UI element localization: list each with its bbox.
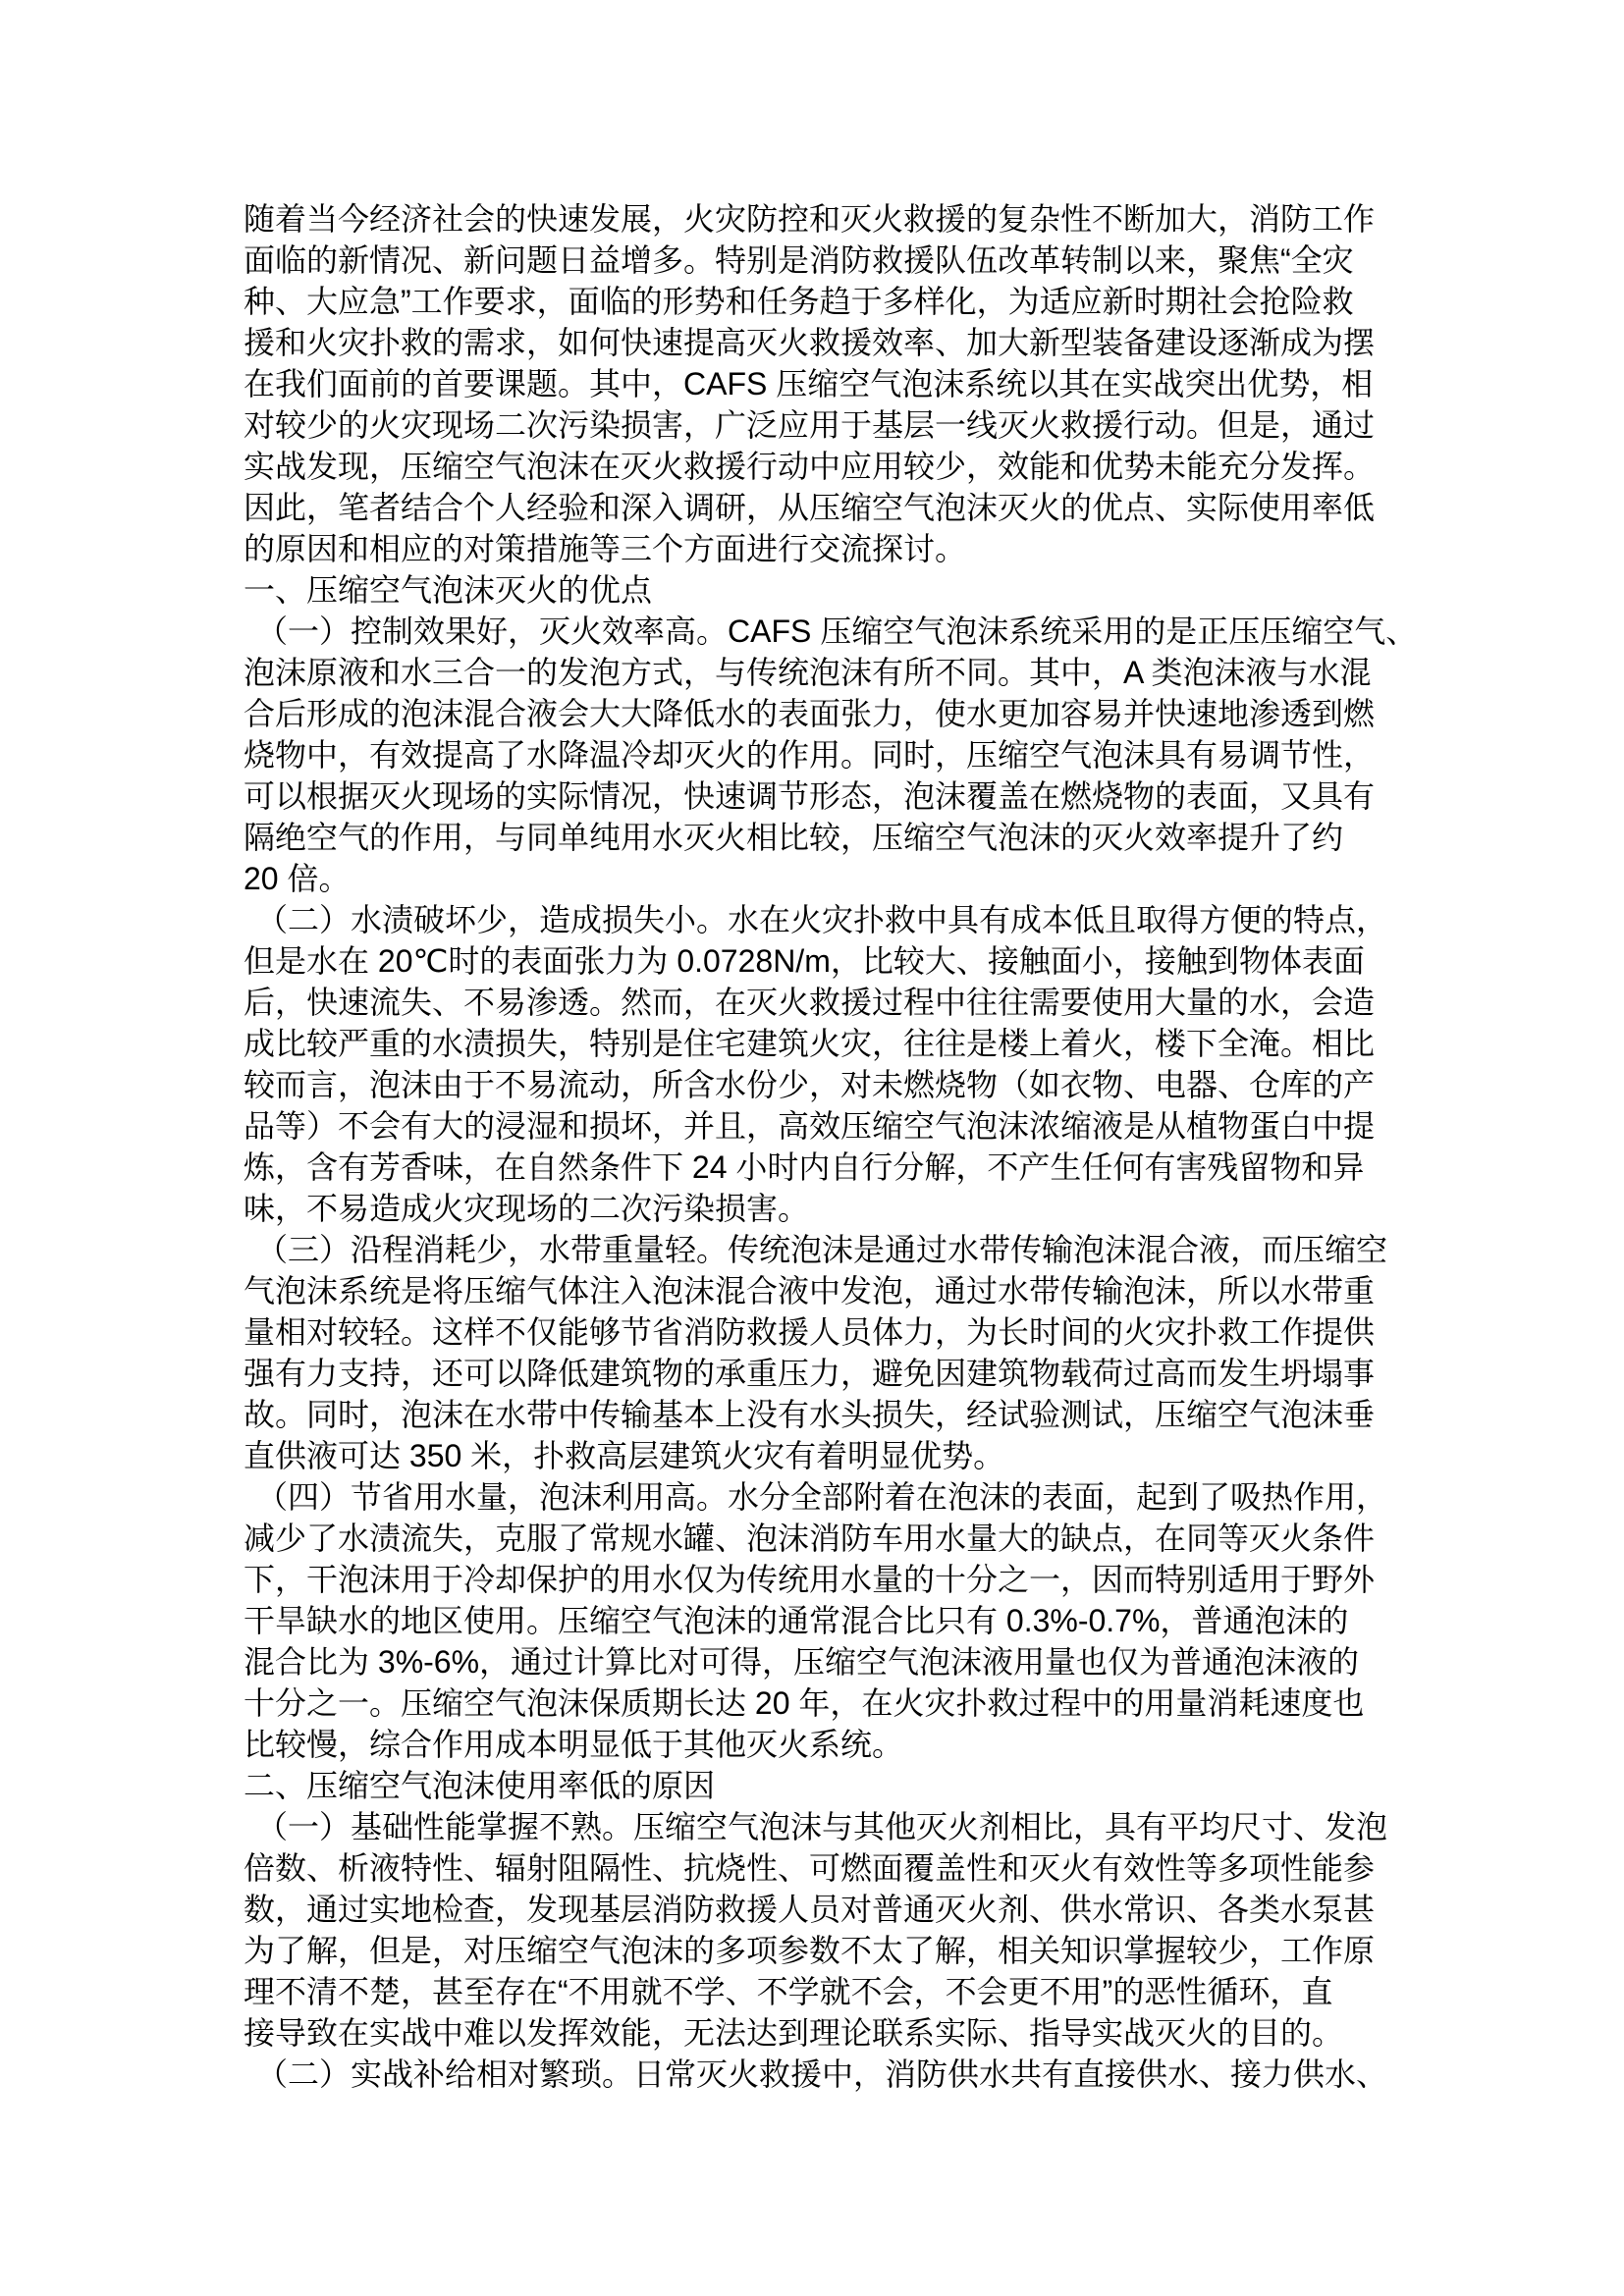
text-line: （四）节省用水量，泡沫利用高。水分全部附着在泡沫的表面，起到了吸热作用， xyxy=(244,1476,1382,1518)
text-line: 援和火灾扑救的需求，如何快速提高灭火救援效率、加大新型装备建设逐渐成为摆 xyxy=(244,322,1382,363)
text-line: 泡沫原液和水三合一的发泡方式，与传统泡沫有所不同。其中，A 类泡沫液与水混 xyxy=(244,652,1382,693)
text-line: 后，快速流失、不易渗透。然而，在灭火救援过程中往往需要使用大量的水，会造 xyxy=(244,982,1382,1023)
text-line: 下，干泡沫用于冷却保护的用水仅为传统用水量的十分之一，因而特别适用于野外 xyxy=(244,1559,1382,1600)
text-line: 倍数、析液特性、辐射阻隔性、抗烧性、可燃面覆盖性和灭火有效性等多项性能参 xyxy=(244,1847,1382,1889)
text-line: （一）基础性能掌握不熟。压缩空气泡沫与其他灭火剂相比，具有平均尺寸、发泡 xyxy=(244,1806,1382,1847)
text-line: 十分之一。压缩空气泡沫保质期长达 20 年，在火灾扑救过程中的用量消耗速度也 xyxy=(244,1682,1382,1724)
text-line: 的原因和相应的对策措施等三个方面进行交流探讨。 xyxy=(244,528,1382,569)
text-line: 但是水在 20℃时的表面张力为 0.0728N/m，比较大、接触面小，接触到物体… xyxy=(244,940,1382,982)
text-line: 可以根据灭火现场的实际情况，快速调节形态，泡沫覆盖在燃烧物的表面，又具有 xyxy=(244,775,1382,817)
text-line: 数，通过实地检查，发现基层消防救援人员对普通灭火剂、供水常识、各类水泵甚 xyxy=(244,1889,1382,1930)
text-line: 故。同时，泡沫在水带中传输基本上没有水头损失，经试验测试，压缩空气泡沫垂 xyxy=(244,1394,1382,1435)
section-heading: 二、压缩空气泡沫使用率低的原因 xyxy=(244,1765,1382,1806)
section-heading: 一、压缩空气泡沫灭火的优点 xyxy=(244,569,1382,611)
text-line: 20 倍。 xyxy=(244,858,1382,899)
text-line: 成比较严重的水渍损失，特别是住宅建筑火灾，往往是楼上着火，楼下全淹。相比 xyxy=(244,1023,1382,1064)
text-line: 炼，含有芳香味，在自然条件下 24 小时内自行分解，不产生任何有害残留物和异 xyxy=(244,1147,1382,1188)
text-line: 种、大应急”工作要求，面临的形势和任务趋于多样化，为适应新时期社会抢险救 xyxy=(244,281,1382,322)
text-line: 为了解，但是，对压缩空气泡沫的多项参数不太了解，相关知识掌握较少，工作原 xyxy=(244,1930,1382,1971)
text-line: 实战发现，压缩空气泡沫在灭火救援行动中应用较少，效能和优势未能充分发挥。 xyxy=(244,446,1382,487)
text-line: 气泡沫系统是将压缩气体注入泡沫混合液中发泡，通过水带传输泡沫，所以水带重 xyxy=(244,1270,1382,1311)
text-line: （一）控制效果好，灭火效率高。CAFS 压缩空气泡沫系统采用的是正压压缩空气、 xyxy=(244,611,1382,652)
text-line: （三）沿程消耗少，水带重量轻。传统泡沫是通过水带传输泡沫混合液，而压缩空 xyxy=(244,1229,1382,1270)
text-line: 品等）不会有大的浸湿和损坏，并且，高效压缩空气泡沫浓缩液是从植物蛋白中提 xyxy=(244,1105,1382,1147)
text-line: 随着当今经济社会的快速发展，火灾防控和灭火救援的复杂性不断加大，消防工作 xyxy=(244,198,1382,240)
text-line: 烧物中，有效提高了水降温冷却灭火的作用。同时，压缩空气泡沫具有易调节性， xyxy=(244,734,1382,775)
text-line: （二）实战补给相对繁琐。日常灭火救援中，消防供水共有直接供水、接力供水、 xyxy=(244,2054,1382,2095)
text-line: 面临的新情况、新问题日益增多。特别是消防救援队伍改革转制以来，聚焦“全灾 xyxy=(244,240,1382,281)
text-line: 减少了水渍流失，克服了常规水罐、泡沫消防车用水量大的缺点，在同等灭火条件 xyxy=(244,1518,1382,1559)
text-line: 味，不易造成火灾现场的二次污染损害。 xyxy=(244,1188,1382,1229)
text-line: 因此，笔者结合个人经验和深入调研，从压缩空气泡沫灭火的优点、实际使用率低 xyxy=(244,487,1382,528)
document-page: 随着当今经济社会的快速发展，火灾防控和灭火救援的复杂性不断加大，消防工作面临的新… xyxy=(0,0,1624,2296)
text-line: 混合比为 3%-6%，通过计算比对可得，压缩空气泡沫液用量也仅为普通泡沫液的 xyxy=(244,1641,1382,1682)
text-line: 对较少的火灾现场二次污染损害，广泛应用于基层一线灭火救援行动。但是，通过 xyxy=(244,404,1382,446)
text-line: 合后形成的泡沫混合液会大大降低水的表面张力，使水更加容易并快速地渗透到燃 xyxy=(244,693,1382,734)
text-line: 较而言，泡沫由于不易流动，所含水份少，对未燃烧物（如衣物、电器、仓库的产 xyxy=(244,1064,1382,1105)
text-line: （二）水渍破坏少，造成损失小。水在火灾扑救中具有成本低且取得方便的特点， xyxy=(244,899,1382,940)
text-line: 量相对较轻。这样不仅能够节省消防救援人员体力，为长时间的火灾扑救工作提供 xyxy=(244,1311,1382,1353)
text-line: 干旱缺水的地区使用。压缩空气泡沫的通常混合比只有 0.3%-0.7%，普通泡沫的 xyxy=(244,1600,1382,1641)
text-line: 接导致在实战中难以发挥效能，无法达到理论联系实际、指导实战灭火的目的。 xyxy=(244,2012,1382,2054)
text-line: 隔绝空气的作用，与同单纯用水灭火相比较，压缩空气泡沫的灭火效率提升了约 xyxy=(244,817,1382,858)
text-line: 比较慢，综合作用成本明显低于其他灭火系统。 xyxy=(244,1724,1382,1765)
text-block: 随着当今经济社会的快速发展，火灾防控和灭火救援的复杂性不断加大，消防工作面临的新… xyxy=(244,198,1382,2095)
text-line: 直供液可达 350 米，扑救高层建筑火灾有着明显优势。 xyxy=(244,1435,1382,1476)
text-line: 强有力支持，还可以降低建筑物的承重压力，避免因建筑物载荷过高而发生坍塌事 xyxy=(244,1353,1382,1394)
text-line: 理不清不楚，甚至存在“不用就不学、不学就不会，不会更不用”的恶性循环，直 xyxy=(244,1971,1382,2012)
text-line: 在我们面前的首要课题。其中，CAFS 压缩空气泡沫系统以其在实战突出优势，相 xyxy=(244,363,1382,404)
